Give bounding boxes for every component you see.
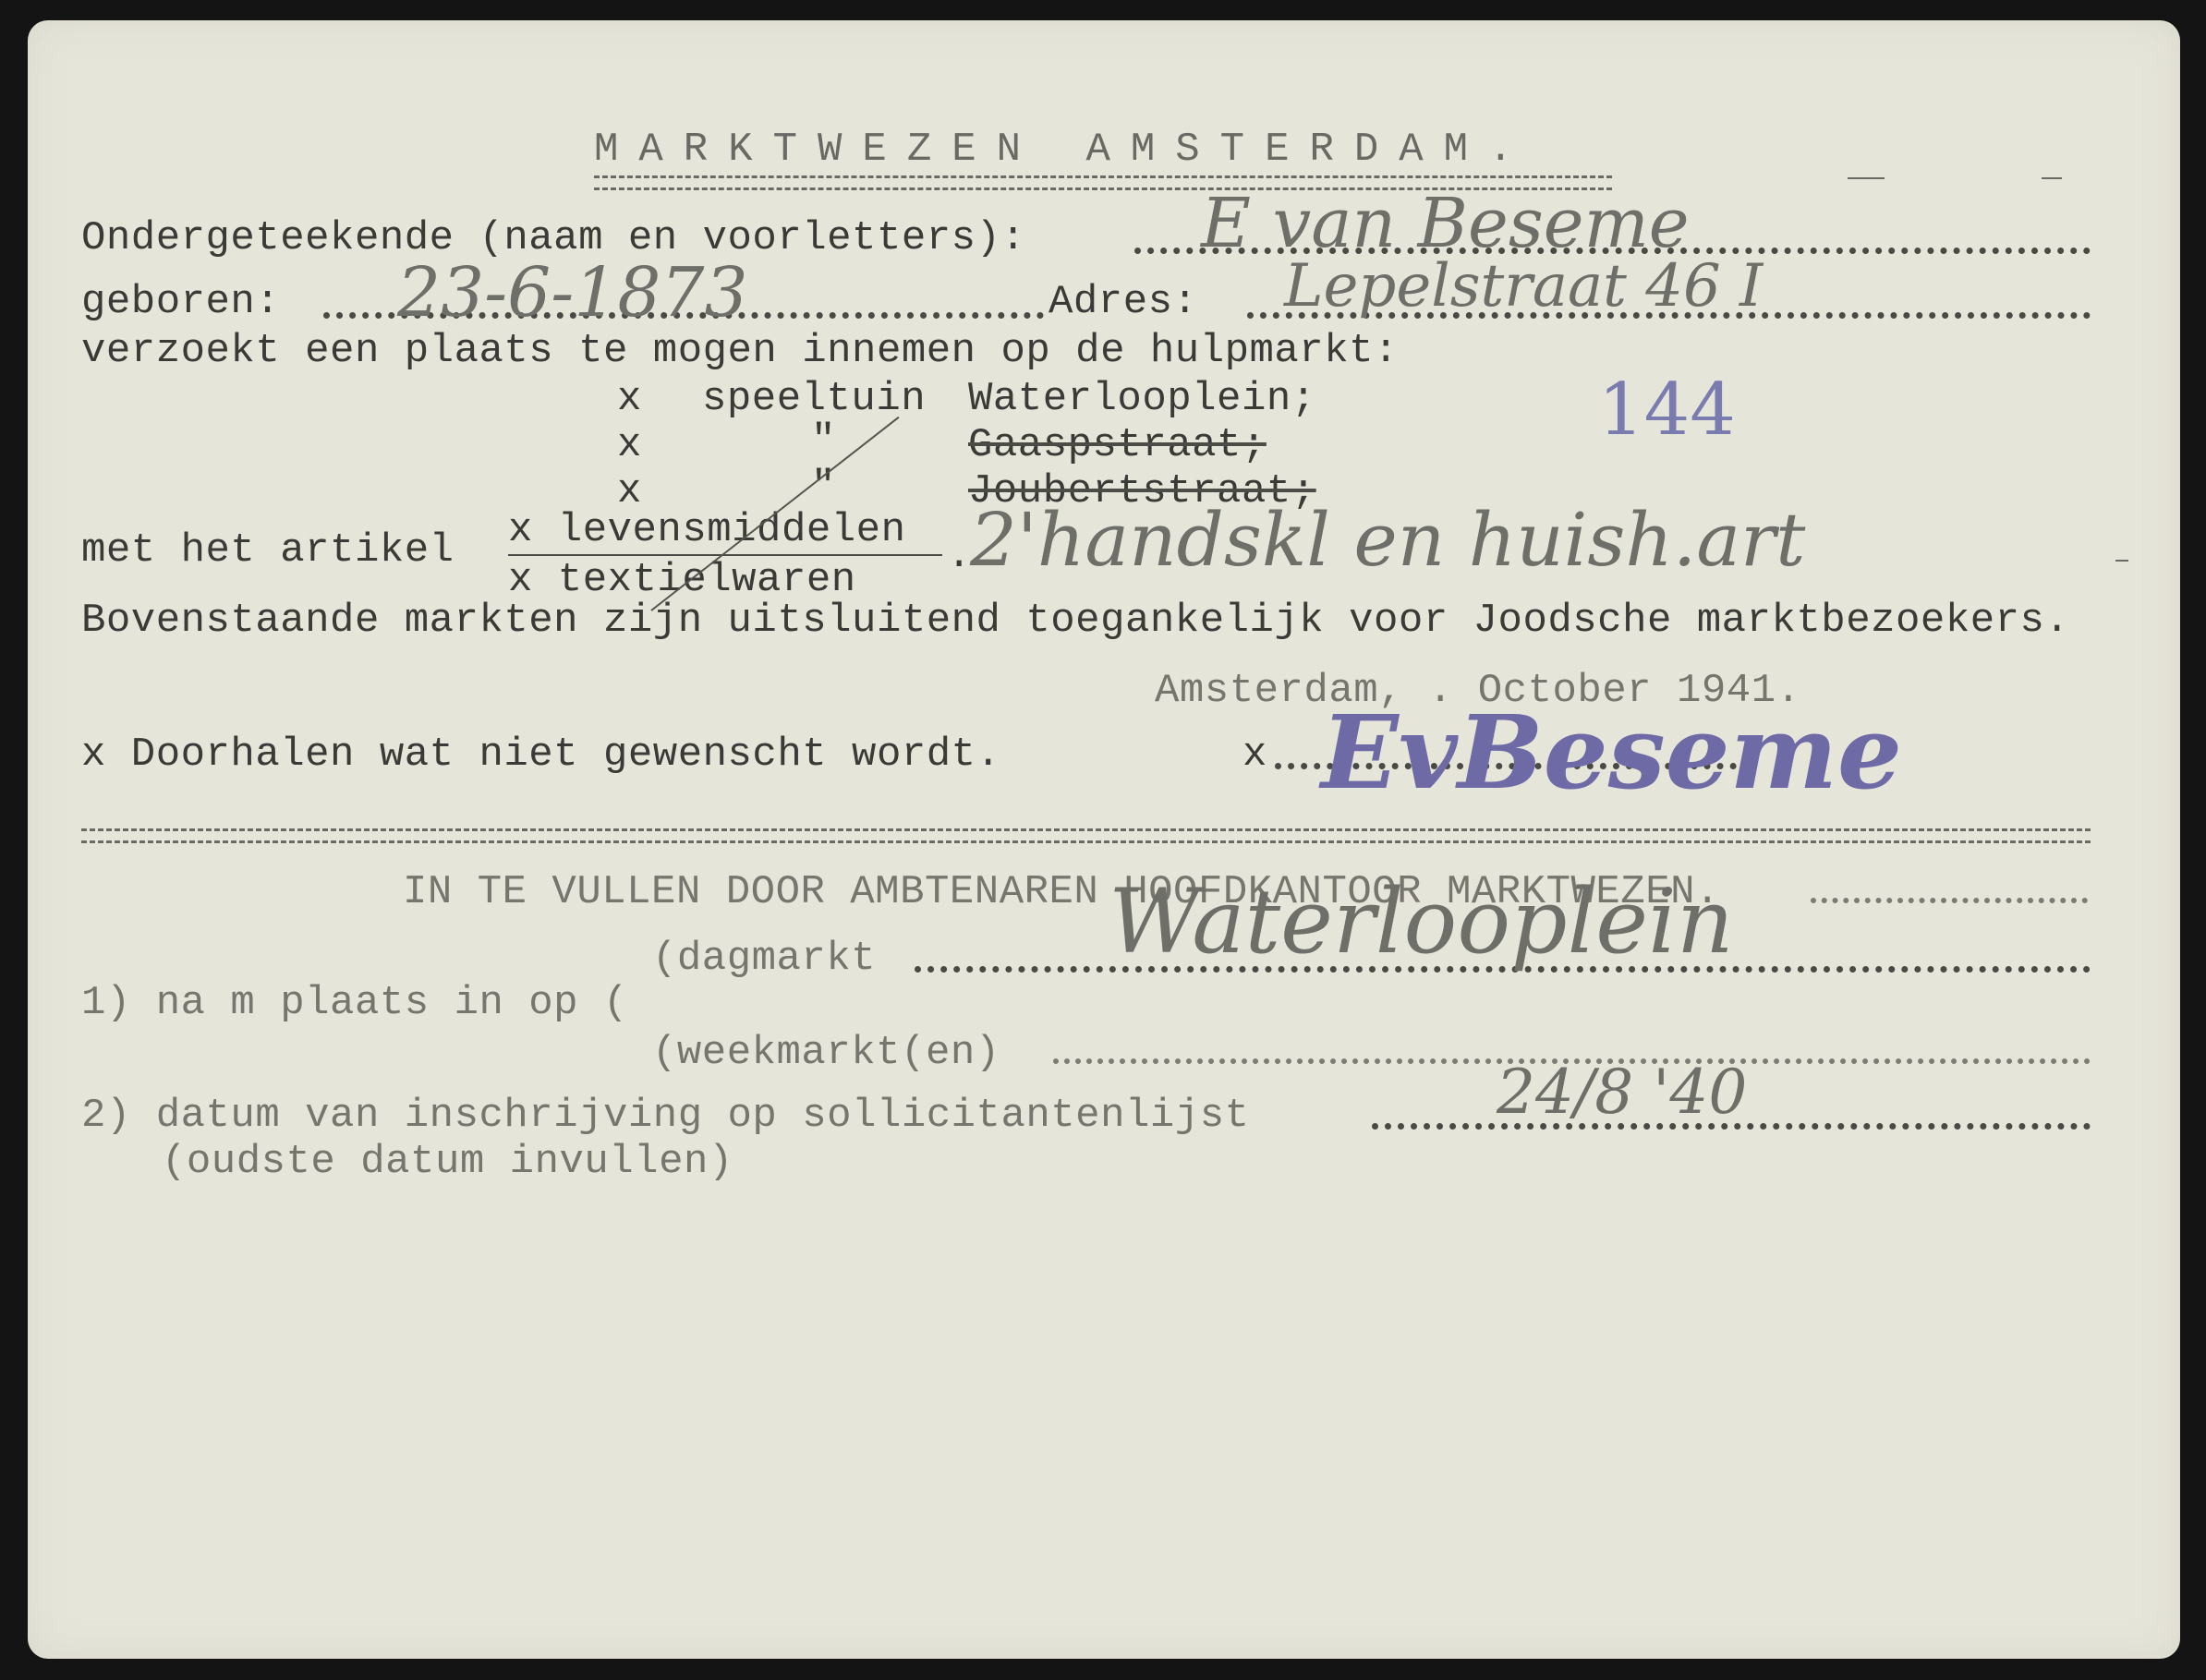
weekmarkt-label: (weekmarkt(en) xyxy=(652,1033,1000,1073)
market-gaaspstraat[interactable]: Gaaspstraat; xyxy=(968,425,1267,465)
strike-instruction: x Doorhalen wat niet gewenscht wordt. xyxy=(81,734,1000,775)
margin-mark xyxy=(2115,560,2128,562)
market-marker[interactable]: x xyxy=(617,471,642,512)
born-field[interactable]: 23-6-1873 xyxy=(397,259,748,327)
ditto-mark: " xyxy=(811,420,836,461)
market-marker[interactable]: x xyxy=(617,379,642,419)
item2-sublabel: (oudste datum invullen) xyxy=(162,1142,733,1182)
market-marker[interactable]: x xyxy=(617,425,642,465)
market-gaaspstraat-label: Gaaspstraat; xyxy=(968,422,1267,468)
item2-label: 2) datum van inschrijving op sollicitant… xyxy=(81,1095,1250,1136)
registration-date-field[interactable]: 24/8 '40 xyxy=(1497,1062,1747,1123)
article-option-food[interactable]: x levensmiddelen xyxy=(508,510,905,550)
signature-marker: x xyxy=(1242,734,1267,775)
article-period: . xyxy=(947,536,972,576)
form-title: MARKTWEZEN AMSTERDAM. xyxy=(594,129,1533,170)
article-option-textile[interactable]: x textielwaren xyxy=(508,560,856,600)
name-field[interactable]: E van Beseme xyxy=(1201,189,1690,258)
ditto-mark: " xyxy=(811,466,836,507)
item1-label: 1) na m plaats in op ( xyxy=(81,983,628,1023)
heading-dots xyxy=(1811,898,2088,903)
fraction-rule xyxy=(508,554,942,556)
notice-text: Bovenstaande markten zijn uitsluitend to… xyxy=(81,600,2069,641)
margin-mark xyxy=(1848,177,1885,179)
address-label: Adres: xyxy=(1048,282,1197,322)
address-field[interactable]: Lepelstraat 46 I xyxy=(1284,257,1763,316)
margin-mark xyxy=(2042,177,2062,179)
market-prefix: speeltuin xyxy=(702,379,926,419)
market-waterlooplein[interactable]: Waterlooplein; xyxy=(968,379,1316,419)
annotation-number: 144 xyxy=(1598,374,1736,446)
signature-field[interactable]: EvBeseme xyxy=(1321,702,1902,804)
request-intro: verzoekt een plaats te mogen innemen op … xyxy=(81,331,1399,371)
born-label: geboren: xyxy=(81,282,280,322)
article-handwritten[interactable]: 2'handskl en huish.art xyxy=(970,503,1805,577)
dagmarkt-field[interactable]: Waterlooplein xyxy=(1109,877,1734,966)
section-separator xyxy=(81,828,2091,843)
dagmarkt-label: (dagmarkt xyxy=(652,938,876,979)
article-label: met het artikel xyxy=(81,530,455,571)
